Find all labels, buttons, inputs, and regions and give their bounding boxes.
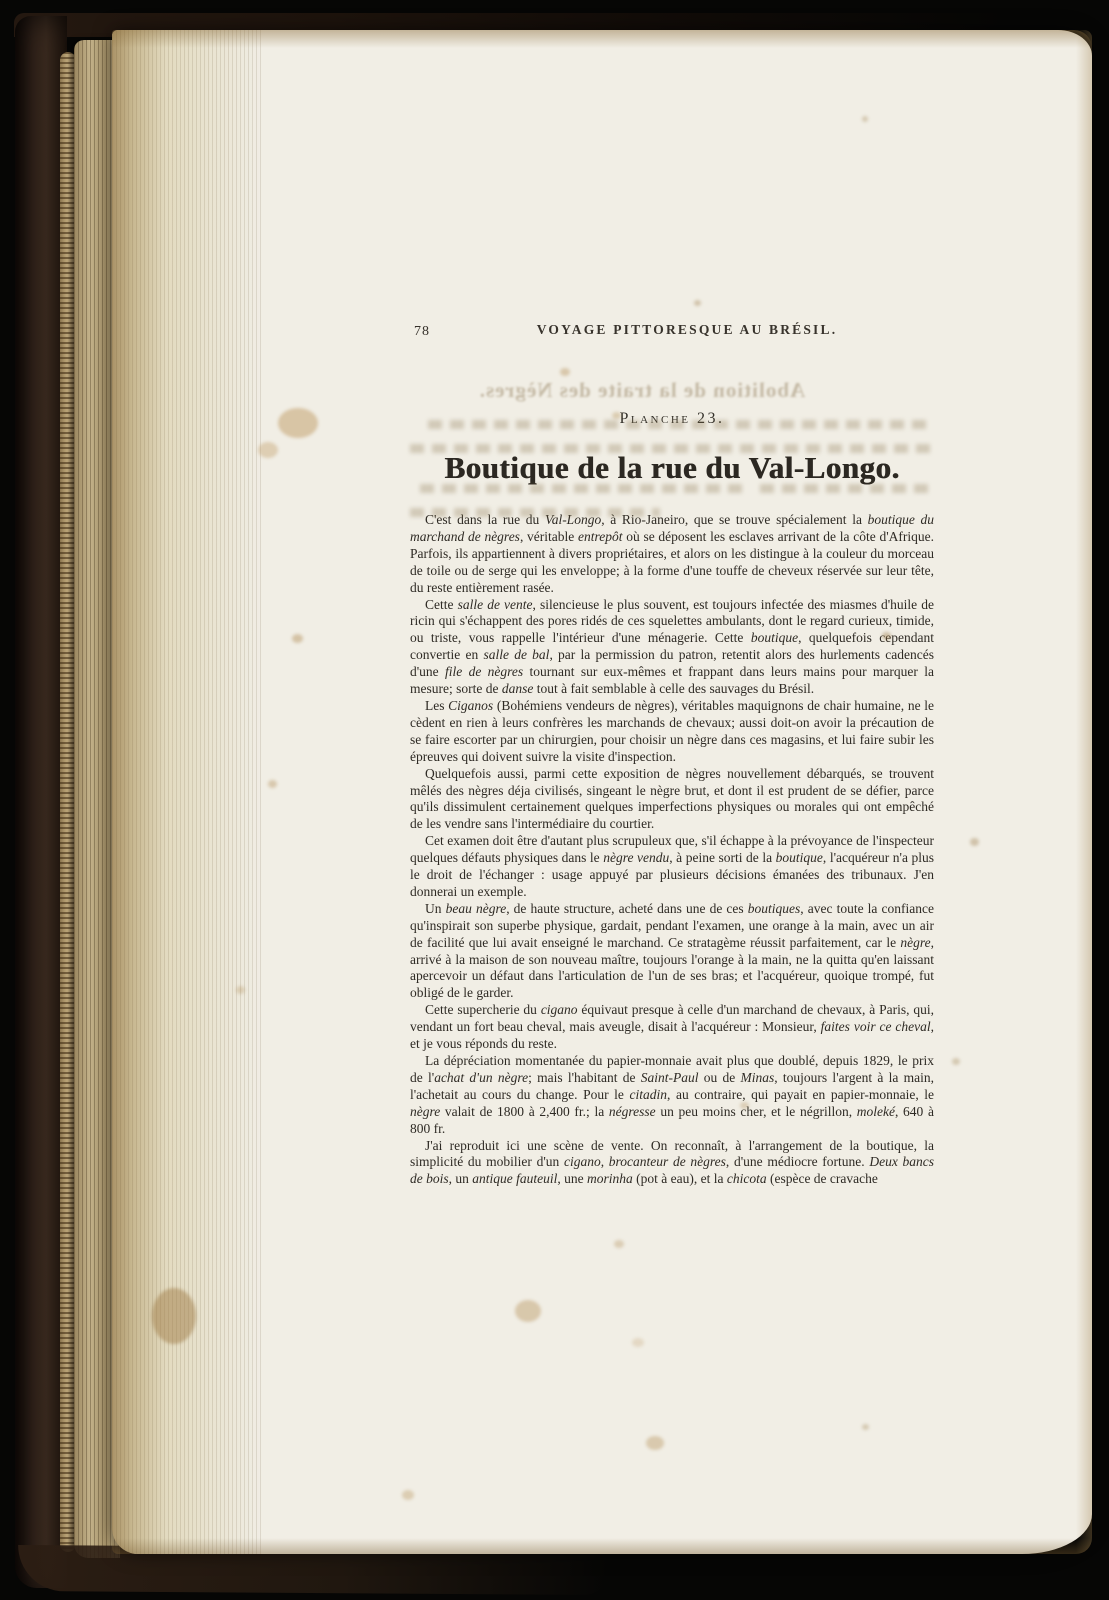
bleedthrough-text-line xyxy=(428,420,928,429)
text-run-italic: achat d'un nègre xyxy=(434,1070,528,1085)
foxing-stain xyxy=(952,1058,960,1065)
text-run: Quelquefois aussi, parmi cette expositio… xyxy=(410,766,934,832)
text-run-italic: nègre xyxy=(900,935,930,950)
paragraph: C'est dans la rue du Val-Longo, à Rio-Ja… xyxy=(410,512,934,597)
text-run-italic: Minas xyxy=(741,1070,775,1085)
paragraph: Les Ciganos (Bohémiens vendeurs de nègre… xyxy=(410,698,934,766)
text-run: Les xyxy=(425,698,448,713)
text-run-italic: salle de vente xyxy=(458,597,533,612)
page-top-edge-shadow xyxy=(112,30,1092,48)
text-run: tout à fait semblable à celle des sauvag… xyxy=(533,681,814,696)
paragraph: Cette salle de vente, silencieuse le plu… xyxy=(410,597,934,698)
bleedthrough-text-line xyxy=(420,484,750,493)
paragraph: Quelquefois aussi, parmi cette expositio… xyxy=(410,766,934,834)
running-header: VOYAGE PITTORESQUE AU BRÉSIL. xyxy=(410,322,934,338)
paragraph: J'ai reproduit ici une scène de vente. O… xyxy=(410,1138,934,1189)
text-run-italic: nègre xyxy=(410,1104,440,1119)
text-run: , xyxy=(601,1154,609,1169)
text-run: un peu moins cher, et le négrillon, xyxy=(656,1104,857,1119)
foxing-stain xyxy=(970,838,979,846)
foxing-stain xyxy=(646,1436,664,1450)
text-run-italic: morinha xyxy=(587,1171,633,1186)
foxing-stain xyxy=(258,442,278,458)
paragraph: Un beau nègre, de haute structure, achet… xyxy=(410,901,934,1002)
text-run-italic: brocanteur de nègres xyxy=(609,1154,726,1169)
paragraph: Cet examen doit être d'autant plus scrup… xyxy=(410,833,934,901)
foxing-stain xyxy=(560,368,570,376)
book-page: 78 VOYAGE PITTORESQUE AU BRÉSIL. Aboliti… xyxy=(112,30,1092,1554)
text-run: valait de 1800 à 2,400 fr.; la xyxy=(440,1104,609,1119)
foxing-stain xyxy=(152,1288,196,1344)
paragraph: La dépréciation momentanée du papier-mon… xyxy=(410,1053,934,1138)
text-run: , un xyxy=(449,1171,473,1186)
page-bottom-edge-shadow xyxy=(112,1538,1092,1554)
text-run: , d'une médiocre fortune. xyxy=(726,1154,869,1169)
foxing-stain xyxy=(862,116,868,122)
paragraph: Cette supercherie du cigano équivaut pre… xyxy=(410,1002,934,1053)
text-run: Un xyxy=(425,901,446,916)
running-head-row: 78 VOYAGE PITTORESQUE AU BRÉSIL. xyxy=(410,322,934,344)
foxing-stain xyxy=(402,1490,414,1500)
text-run-italic: faites voir ce cheval xyxy=(821,1019,931,1034)
page-number: 78 xyxy=(414,324,430,340)
bleedthrough-text-line xyxy=(410,508,660,517)
text-run: (pot à eau), et la xyxy=(633,1171,727,1186)
text-run: ou de xyxy=(699,1070,741,1085)
text-run: Cette supercherie du xyxy=(425,1002,541,1017)
body-text: C'est dans la rue du Val-Longo, à Rio-Ja… xyxy=(410,512,934,1188)
bleedthrough-text-line xyxy=(410,444,930,453)
page-right-edge-shadow xyxy=(1076,30,1092,1554)
page-title: Boutique de la rue du Val-Longo. xyxy=(410,450,934,486)
foxing-stain xyxy=(278,408,318,438)
text-run: Cette xyxy=(425,597,458,612)
text-run-italic: danse xyxy=(502,681,534,696)
text-run-italic: cigano xyxy=(564,1154,601,1169)
bleedthrough-mirrored-title: Abolition de la traite des Nègres. xyxy=(410,378,934,408)
text-run-italic: boutiques xyxy=(748,901,801,916)
foxing-stain xyxy=(862,1424,869,1430)
text-run: , véritable xyxy=(520,529,578,544)
foxing-stain xyxy=(268,780,277,788)
text-run: ; mais l'habitant de xyxy=(528,1070,641,1085)
text-run-italic: négresse xyxy=(609,1104,656,1119)
scanned-book-photo: { "page": { "number": "78", "running_hea… xyxy=(0,0,1109,1600)
text-run-italic: cigano xyxy=(541,1002,578,1017)
bleedthrough-text-line xyxy=(760,484,930,493)
foxing-stain xyxy=(292,634,303,643)
text-run: , au contraire, qui payait en papier-mon… xyxy=(667,1087,934,1102)
text-run-italic: antique fauteuil xyxy=(472,1171,557,1186)
text-run-italic: file de nègres xyxy=(445,664,523,679)
foxing-stain xyxy=(515,1300,541,1322)
text-run-italic: boutique xyxy=(751,630,798,645)
foxing-stain xyxy=(694,300,701,306)
text-run-italic: citadin xyxy=(630,1087,668,1102)
text-run-italic: nègre vendu xyxy=(603,850,669,865)
foxing-stain xyxy=(612,412,621,419)
text-run-italic: chicota xyxy=(727,1171,767,1186)
text-run-italic: salle de bal xyxy=(483,647,549,662)
text-run: , à peine sorti de la xyxy=(669,850,775,865)
text-run-italic: beau nègre xyxy=(446,901,507,916)
text-run-italic: Saint-Paul xyxy=(641,1070,699,1085)
text-run-italic: entrepôt xyxy=(578,529,623,544)
foxing-stain xyxy=(882,632,891,640)
text-run: (espèce de cravache xyxy=(767,1171,878,1186)
foxing-stain xyxy=(236,986,245,994)
text-run-italic: Ciganos xyxy=(448,698,493,713)
text-run: , de haute structure, acheté dans une de… xyxy=(506,901,748,916)
foxing-stain xyxy=(632,1338,644,1347)
text-run: , une xyxy=(557,1171,587,1186)
text-run-italic: moleké xyxy=(857,1104,895,1119)
text-run-italic: boutique xyxy=(776,850,823,865)
foxing-stain xyxy=(614,1240,624,1248)
foxing-stain xyxy=(740,1102,749,1109)
